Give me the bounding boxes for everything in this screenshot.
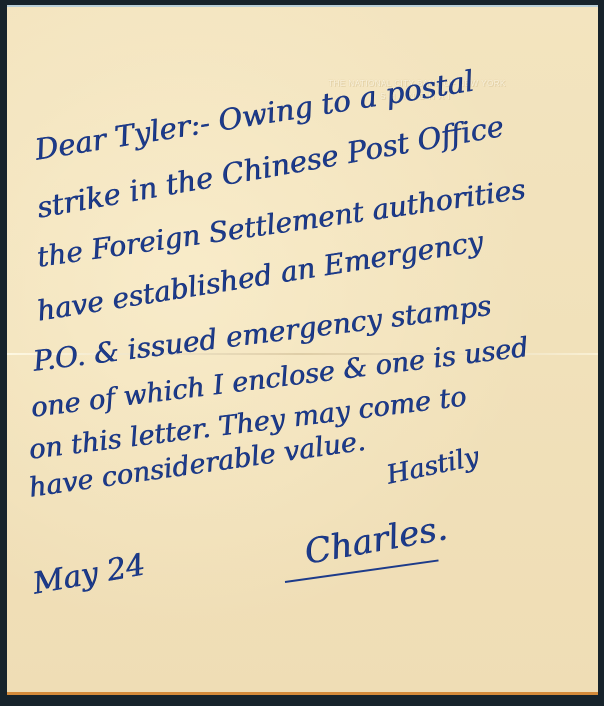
letter-closing: Hastily: [384, 442, 481, 491]
letter-date: May 24: [30, 548, 148, 602]
letter-paper: THE NATIONAL CITY BANK OF NEW YORK SHANG…: [7, 5, 598, 695]
letter-signature: Charles.: [302, 508, 450, 572]
